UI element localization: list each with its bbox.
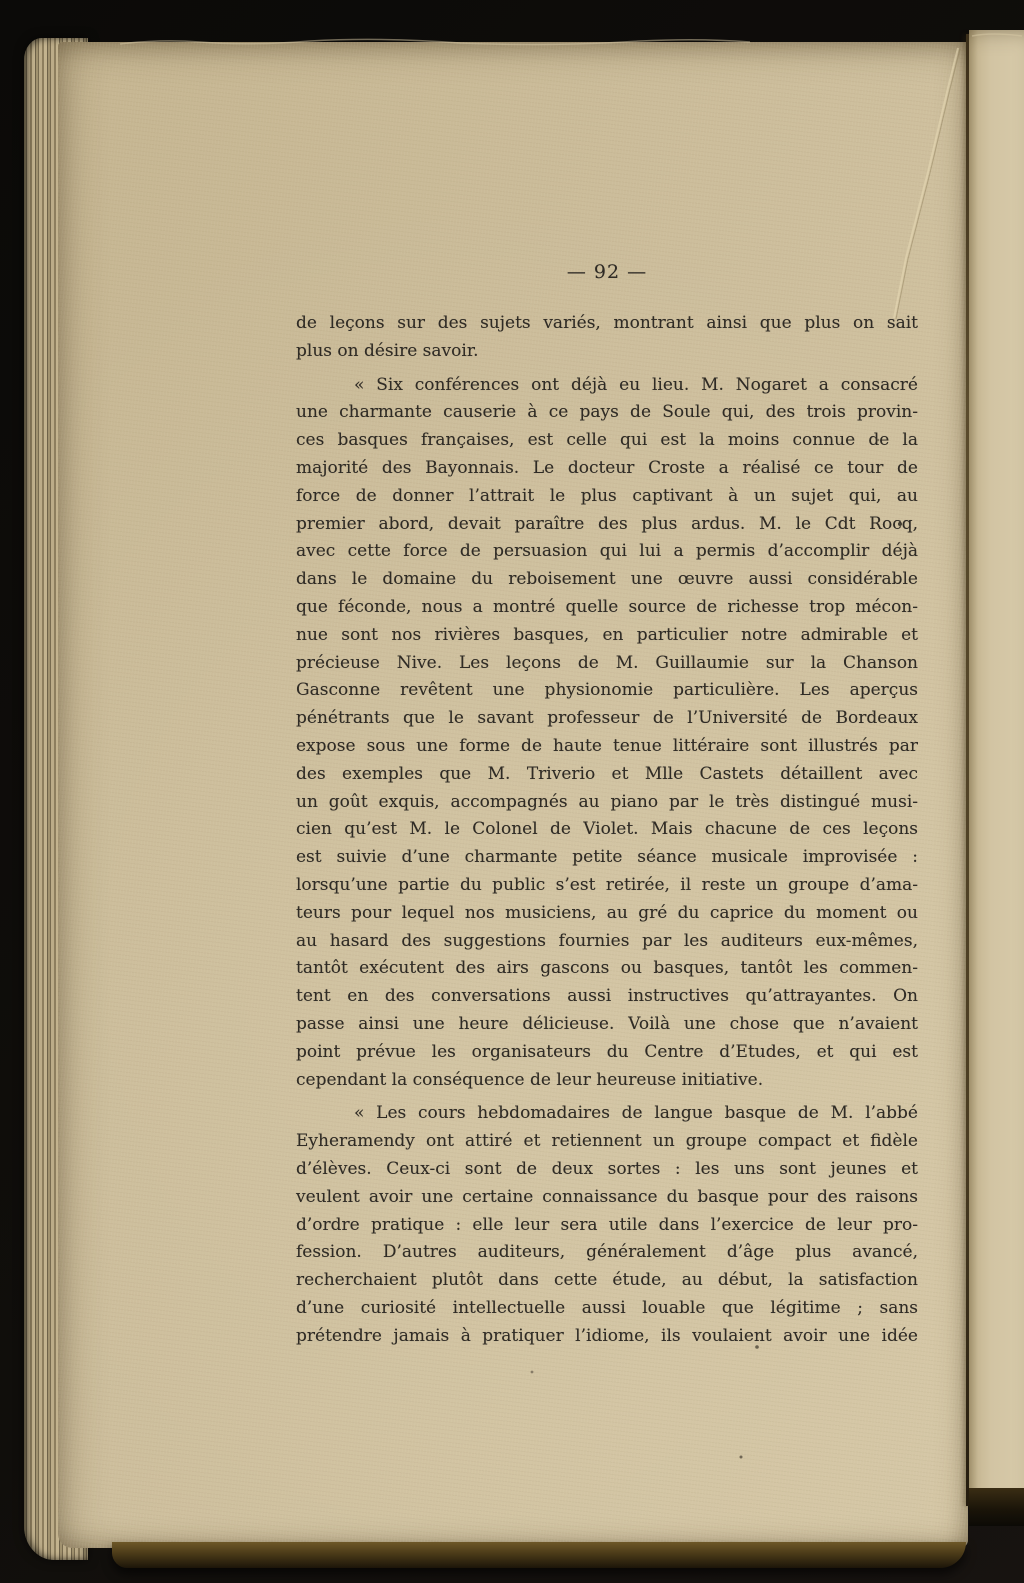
text-line: avec cette force de persuasion qui lui a… [296,538,918,566]
text-line: majorité des Bayonnais. Le docteur Crost… [296,455,918,483]
text-line: fession. D’autres auditeurs, généralemen… [296,1239,918,1267]
text-line: une charmante causerie à ce pays de Soul… [296,399,918,427]
text-line: pénétrants que le savant professeur de l… [296,705,918,733]
text-line: tent en des conversations aussi instruct… [296,983,918,1011]
text-line: force de donner l’attrait le plus captiv… [296,483,918,511]
text-line: cependant la conséquence de leur heureus… [296,1067,918,1095]
text-line: cien qu’est M. le Colonel de Violet. Mai… [296,816,918,844]
adjacent-page-edge [969,30,1024,1492]
text-block: de leçons sur des sujets variés, montran… [296,310,918,1350]
text-line: teurs pour lequel nos musiciens, au gré … [296,900,918,928]
text-line: dans le domaine du reboisement une œuvre… [296,566,918,594]
text-line: d’ordre pratique : elle leur sera utile … [296,1212,918,1240]
page-number: — 92 — [296,261,918,283]
text-line: au hasard des suggestions fournies par l… [296,928,918,956]
scanned-book-photo: — 92 — de leçons sur des sujets variés, … [0,0,1024,1583]
text-line: veulent avoir une certaine connaissance … [296,1184,918,1212]
text-line: Eyheramendy ont attiré et retiennent un … [296,1128,918,1156]
text-line: nue sont nos rivières basques, en partic… [296,622,918,650]
text-line: « Six conférences ont déjà eu lieu. M. N… [296,372,918,400]
text-line: plus on désire savoir. [296,338,918,366]
text-line: point prévue les organisateurs du Centre… [296,1039,918,1067]
paragraph: « Les cours hebdomadaires de langue basq… [296,1100,918,1350]
text-line: premier abord, devait paraître des plus … [296,511,918,539]
book-page: — 92 — de leçons sur des sujets variés, … [58,42,968,1548]
text-line: d’élèves. Ceux-ci sont de deux sortes : … [296,1156,918,1184]
text-line: un goût exquis, accompagnés au piano par… [296,789,918,817]
text-line: « Les cours hebdomadaires de langue basq… [296,1100,918,1128]
text-line: lorsqu’une partie du public s’est retiré… [296,872,918,900]
adjacent-page-under-shadow [969,1488,1024,1526]
paragraph: « Six conférences ont déjà eu lieu. M. N… [296,372,918,1095]
text-line: Gasconne revêtent une physionomie partic… [296,677,918,705]
paragraph: de leçons sur des sujets variés, montran… [296,310,918,366]
text-line: est suivie d’une charmante petite séance… [296,844,918,872]
text-line: ces basques françaises, est celle qui es… [296,427,918,455]
text-line: recherchaient plutôt dans cette étude, a… [296,1267,918,1295]
text-line: de leçons sur des sujets variés, montran… [296,310,918,338]
text-line: d’une curiosité intellectuelle aussi lou… [296,1295,918,1323]
text-line: passe ainsi une heure délicieuse. Voilà … [296,1011,918,1039]
text-line: que féconde, nous a montré quelle source… [296,594,918,622]
text-line: expose sous une forme de haute tenue lit… [296,733,918,761]
text-line: précieuse Nive. Les leçons de M. Guillau… [296,650,918,678]
text-line: tantôt exécutent des airs gascons ou bas… [296,955,918,983]
text-line: des exemples que M. Triverio et Mlle Cas… [296,761,918,789]
text-line: prétendre jamais à pratiquer l’idiome, i… [296,1323,918,1351]
page-bottom-under-edge [112,1542,966,1568]
